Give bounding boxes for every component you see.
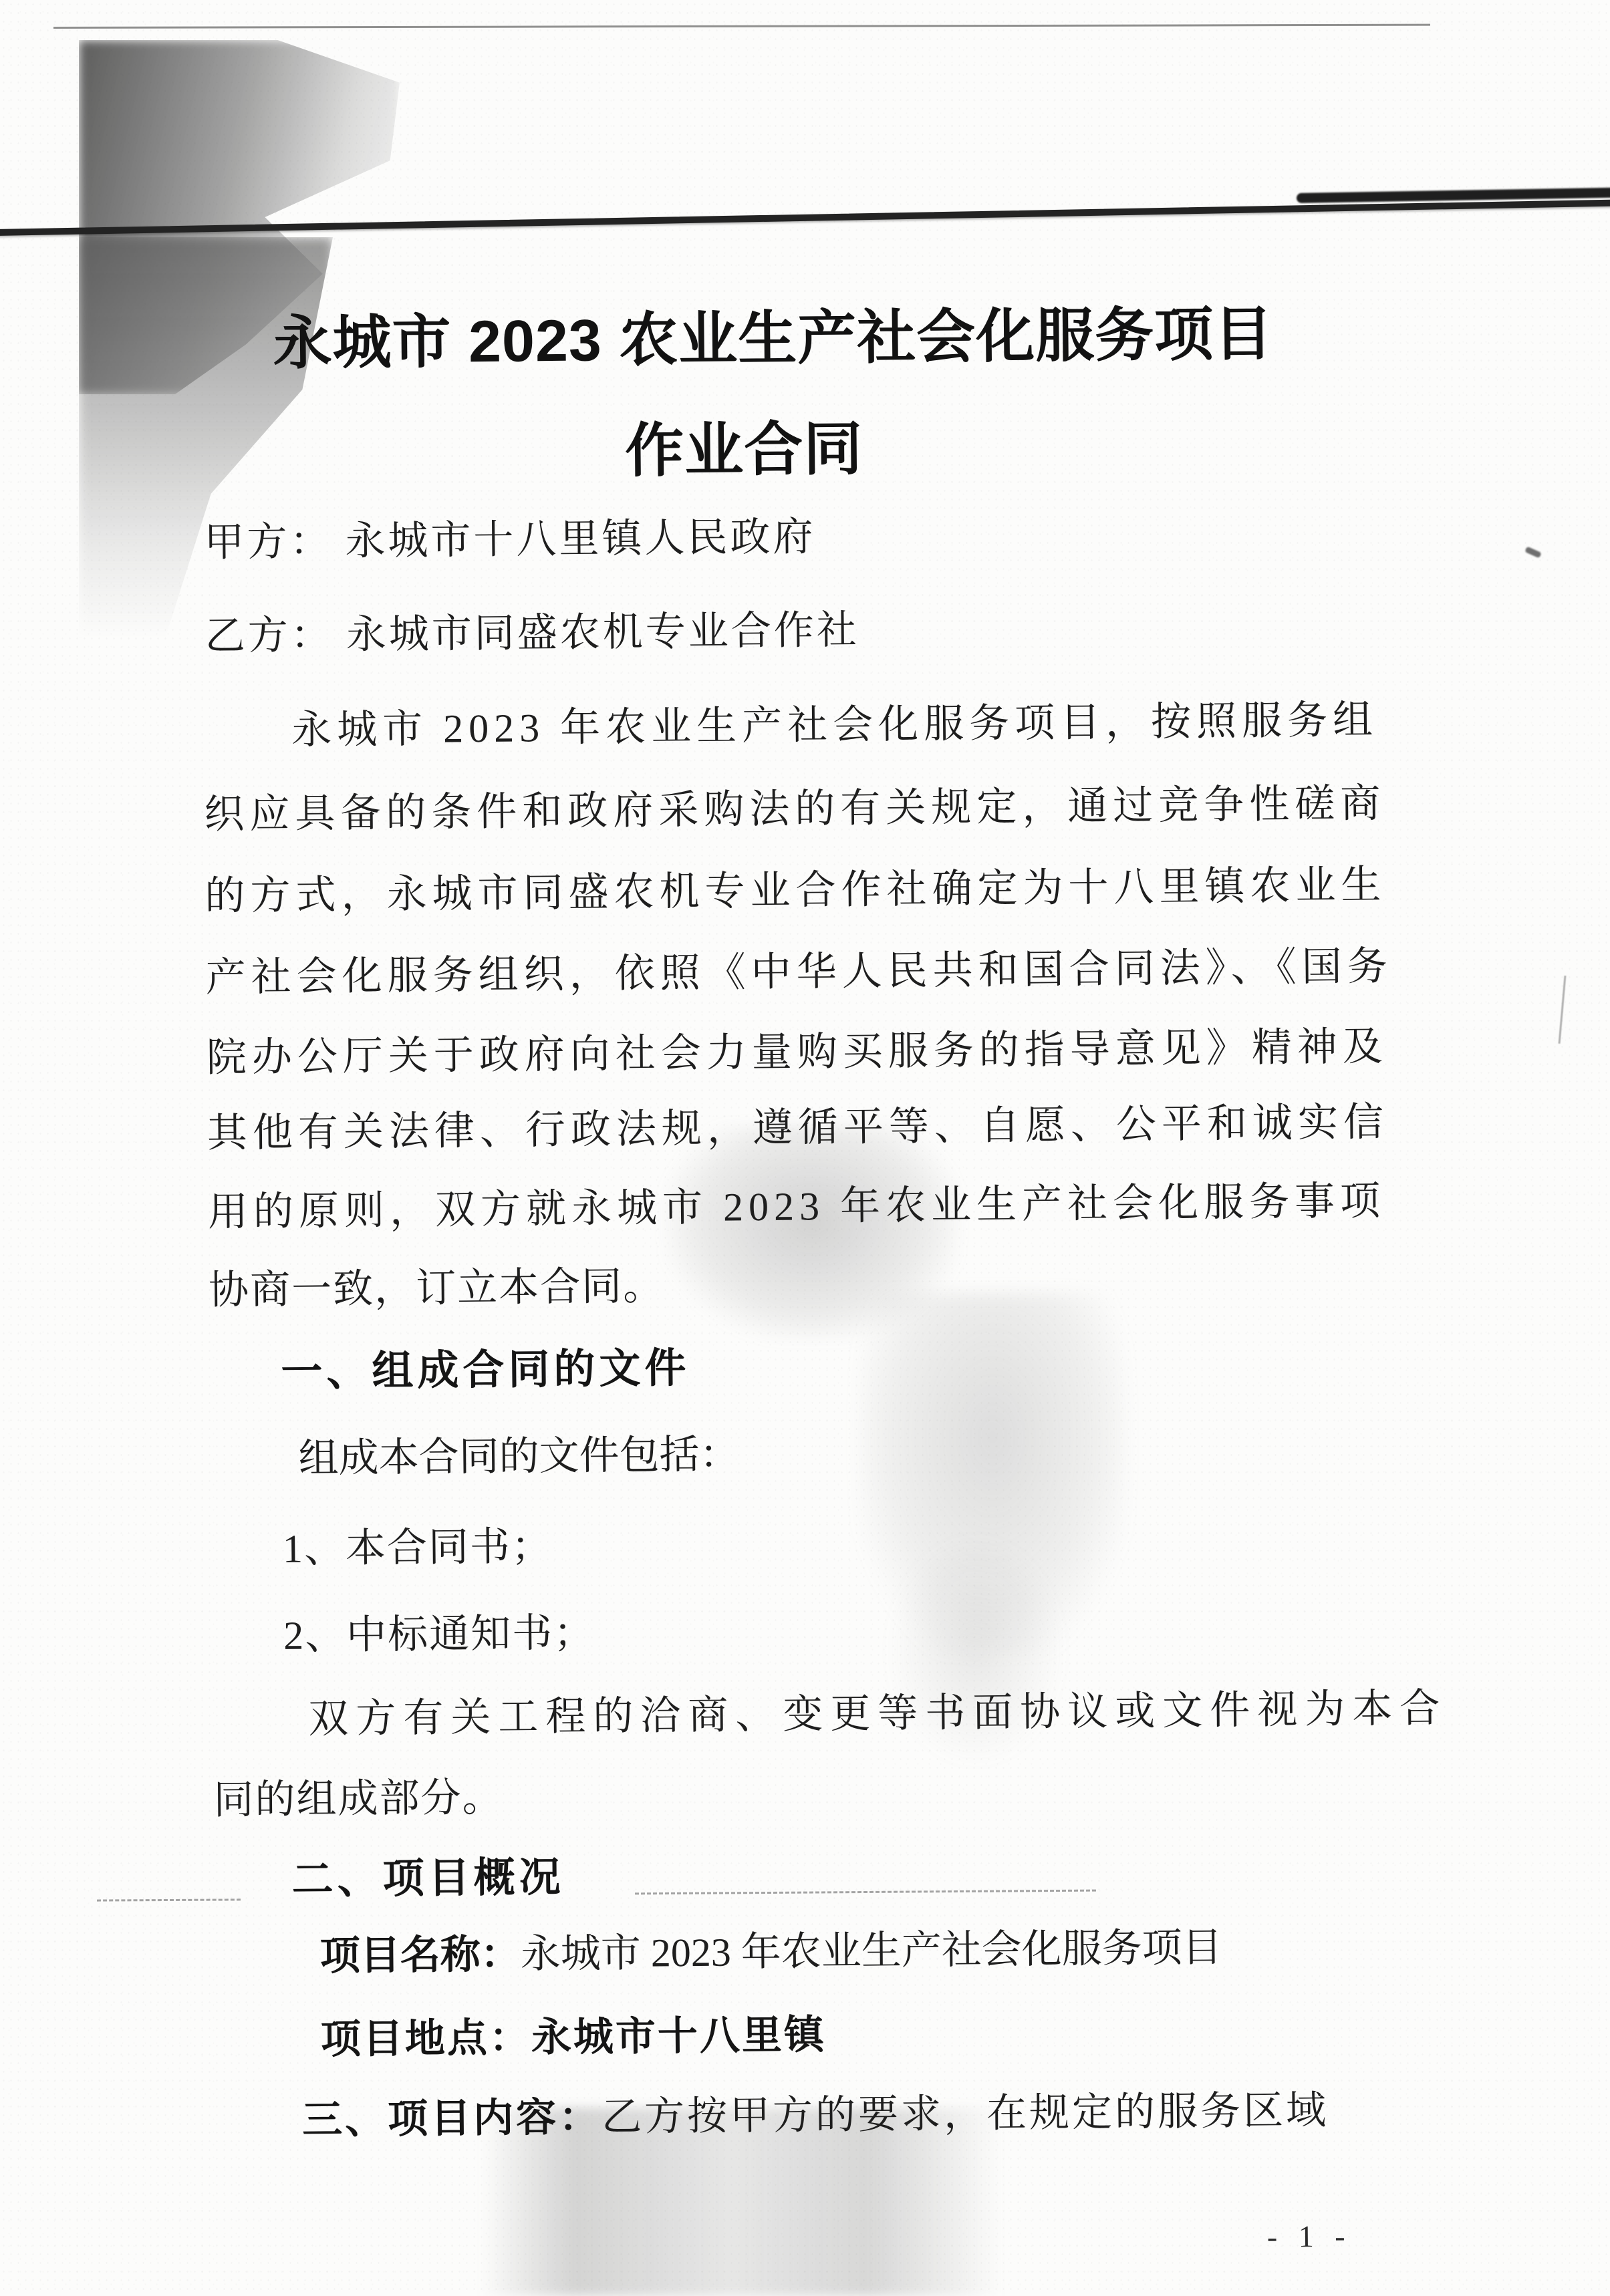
section-2-heading: 二、项目概况: [291, 1853, 565, 1905]
title-line-1: 永城市 2023 农业生产社会化服务项目: [273, 299, 1274, 379]
section-1-note-line-1-segment: 双方有关工程的洽商、变更等书面协议或文件视为本合: [308, 1686, 1448, 1741]
title-line-2: 作业合同: [625, 414, 863, 486]
preamble-line-5: 院办公厅关于政府向社会力量购买服务的指导意见》精神及: [207, 1022, 1389, 1082]
title-line-1-segment: 永城市 2023 农业生产社会化服务项目: [273, 301, 1274, 376]
project-location-line: 项目地点：永城市十八里镇: [321, 2011, 827, 2063]
section-3-heading-line: 三、项目内容：乙方按甲方的要求，在规定的服务区域: [302, 2086, 1329, 2144]
list-item-1-segment: 1、本合同书；: [283, 1524, 553, 1571]
preamble-line-8: 协商一致，订立本合同。: [209, 1262, 665, 1314]
section-3-heading-line-segment: 乙方按甲方的要求，在规定的服务区域: [601, 2088, 1329, 2139]
preamble-line-7-segment: 用的原则，双方就永城市 2023 年农业生产社会化服务事项: [208, 1179, 1386, 1234]
page-number: - 1 -: [1267, 2218, 1352, 2255]
section-1-note-line-1: 双方有关工程的洽商、变更等书面协议或文件视为本合: [308, 1684, 1448, 1743]
section-1-heading: 一、组成合同的文件: [281, 1344, 690, 1397]
preamble-line-2: 织应具备的条件和政府采购法的有关规定，通过竞争性磋商: [204, 779, 1386, 839]
preamble-line-1: 永城市 2023 年农业生产社会化服务项目，按照服务组: [291, 696, 1379, 754]
preamble-line-8-segment: 协商一致，订立本合同。: [209, 1264, 665, 1312]
preamble-line-7: 用的原则，双方就永城市 2023 年农业生产社会化服务事项: [208, 1177, 1386, 1236]
preamble-line-3-segment: 的方式，永城市同盛农机专业合作社确定为十八里镇农业生: [205, 863, 1387, 918]
party-b-line: 乙方： 永城市同盛农机专业合作社: [205, 606, 859, 660]
party-a-line: 甲方： 永城市十八里镇人民政府: [204, 513, 816, 567]
section-1-heading-segment: 一、组成合同的文件: [281, 1345, 690, 1395]
section-1-note-line-2-segment: 同的组成部分。: [213, 1775, 504, 1822]
party-b-line-segment: 乙方： 永城市同盛农机专业合作社: [205, 608, 860, 658]
party-a-line-segment: 甲方： 永城市十八里镇人民政府: [204, 515, 816, 565]
section-2-heading-segment: 二、项目概况: [291, 1854, 565, 1903]
section-1-intro: 组成本合同的文件包括：: [298, 1430, 740, 1482]
list-item-2: 2、中标通知书；: [283, 1608, 595, 1659]
preamble-line-2-segment: 织应具备的条件和政府采购法的有关规定，通过竞争性磋商: [204, 781, 1386, 837]
project-location-line-segment: 永城市十八里镇: [531, 2012, 827, 2059]
section-3-heading-line-segment: 三、项目内容：: [302, 2094, 602, 2142]
section-1-intro-segment: 组成本合同的文件包括：: [298, 1432, 740, 1480]
preamble-line-1-segment: 永城市 2023 年农业生产社会化服务项目，按照服务组: [291, 698, 1379, 752]
preamble-line-4: 产社会化服务组织，依照《中华人民共和国合同法》、《国务: [205, 942, 1393, 1002]
project-name-line-segment: 永城市 2023 年农业生产社会化服务项目: [520, 1925, 1222, 1976]
scanned-contract-page: 永城市 2023 农业生产社会化服务项目作业合同甲方： 永城市十八里镇人民政府乙…: [0, 0, 1610, 2296]
section-1-note-line-2: 同的组成部分。: [213, 1773, 504, 1824]
project-name-line: 项目名称：永城市 2023 年农业生产社会化服务项目: [319, 1923, 1222, 1980]
page-number-segment: - 1 -: [1267, 2219, 1352, 2254]
preamble-line-6-segment: 其他有关法律、行政法规，遵循平等、自愿、公平和诚实信: [207, 1100, 1389, 1155]
preamble-line-4-segment: 产社会化服务组织，依照《中华人民共和国合同法》、《国务: [205, 944, 1393, 1000]
list-item-1: 1、本合同书；: [283, 1522, 553, 1573]
project-name-line-segment: 项目名称：: [319, 1932, 521, 1979]
document-text-layer: 永城市 2023 农业生产社会化服务项目作业合同甲方： 永城市十八里镇人民政府乙…: [0, 0, 1610, 2296]
project-location-line-segment: 项目地点：: [321, 2015, 532, 2061]
preamble-line-5-segment: 院办公厅关于政府向社会力量购买服务的指导意见》精神及: [207, 1024, 1389, 1080]
preamble-line-3: 的方式，永城市同盛农机专业合作社确定为十八里镇农业生: [205, 861, 1387, 920]
preamble-line-6: 其他有关法律、行政法规，遵循平等、自愿、公平和诚实信: [207, 1098, 1389, 1157]
title-line-2-segment: 作业合同: [625, 416, 863, 484]
list-item-2-segment: 2、中标通知书；: [283, 1610, 595, 1657]
